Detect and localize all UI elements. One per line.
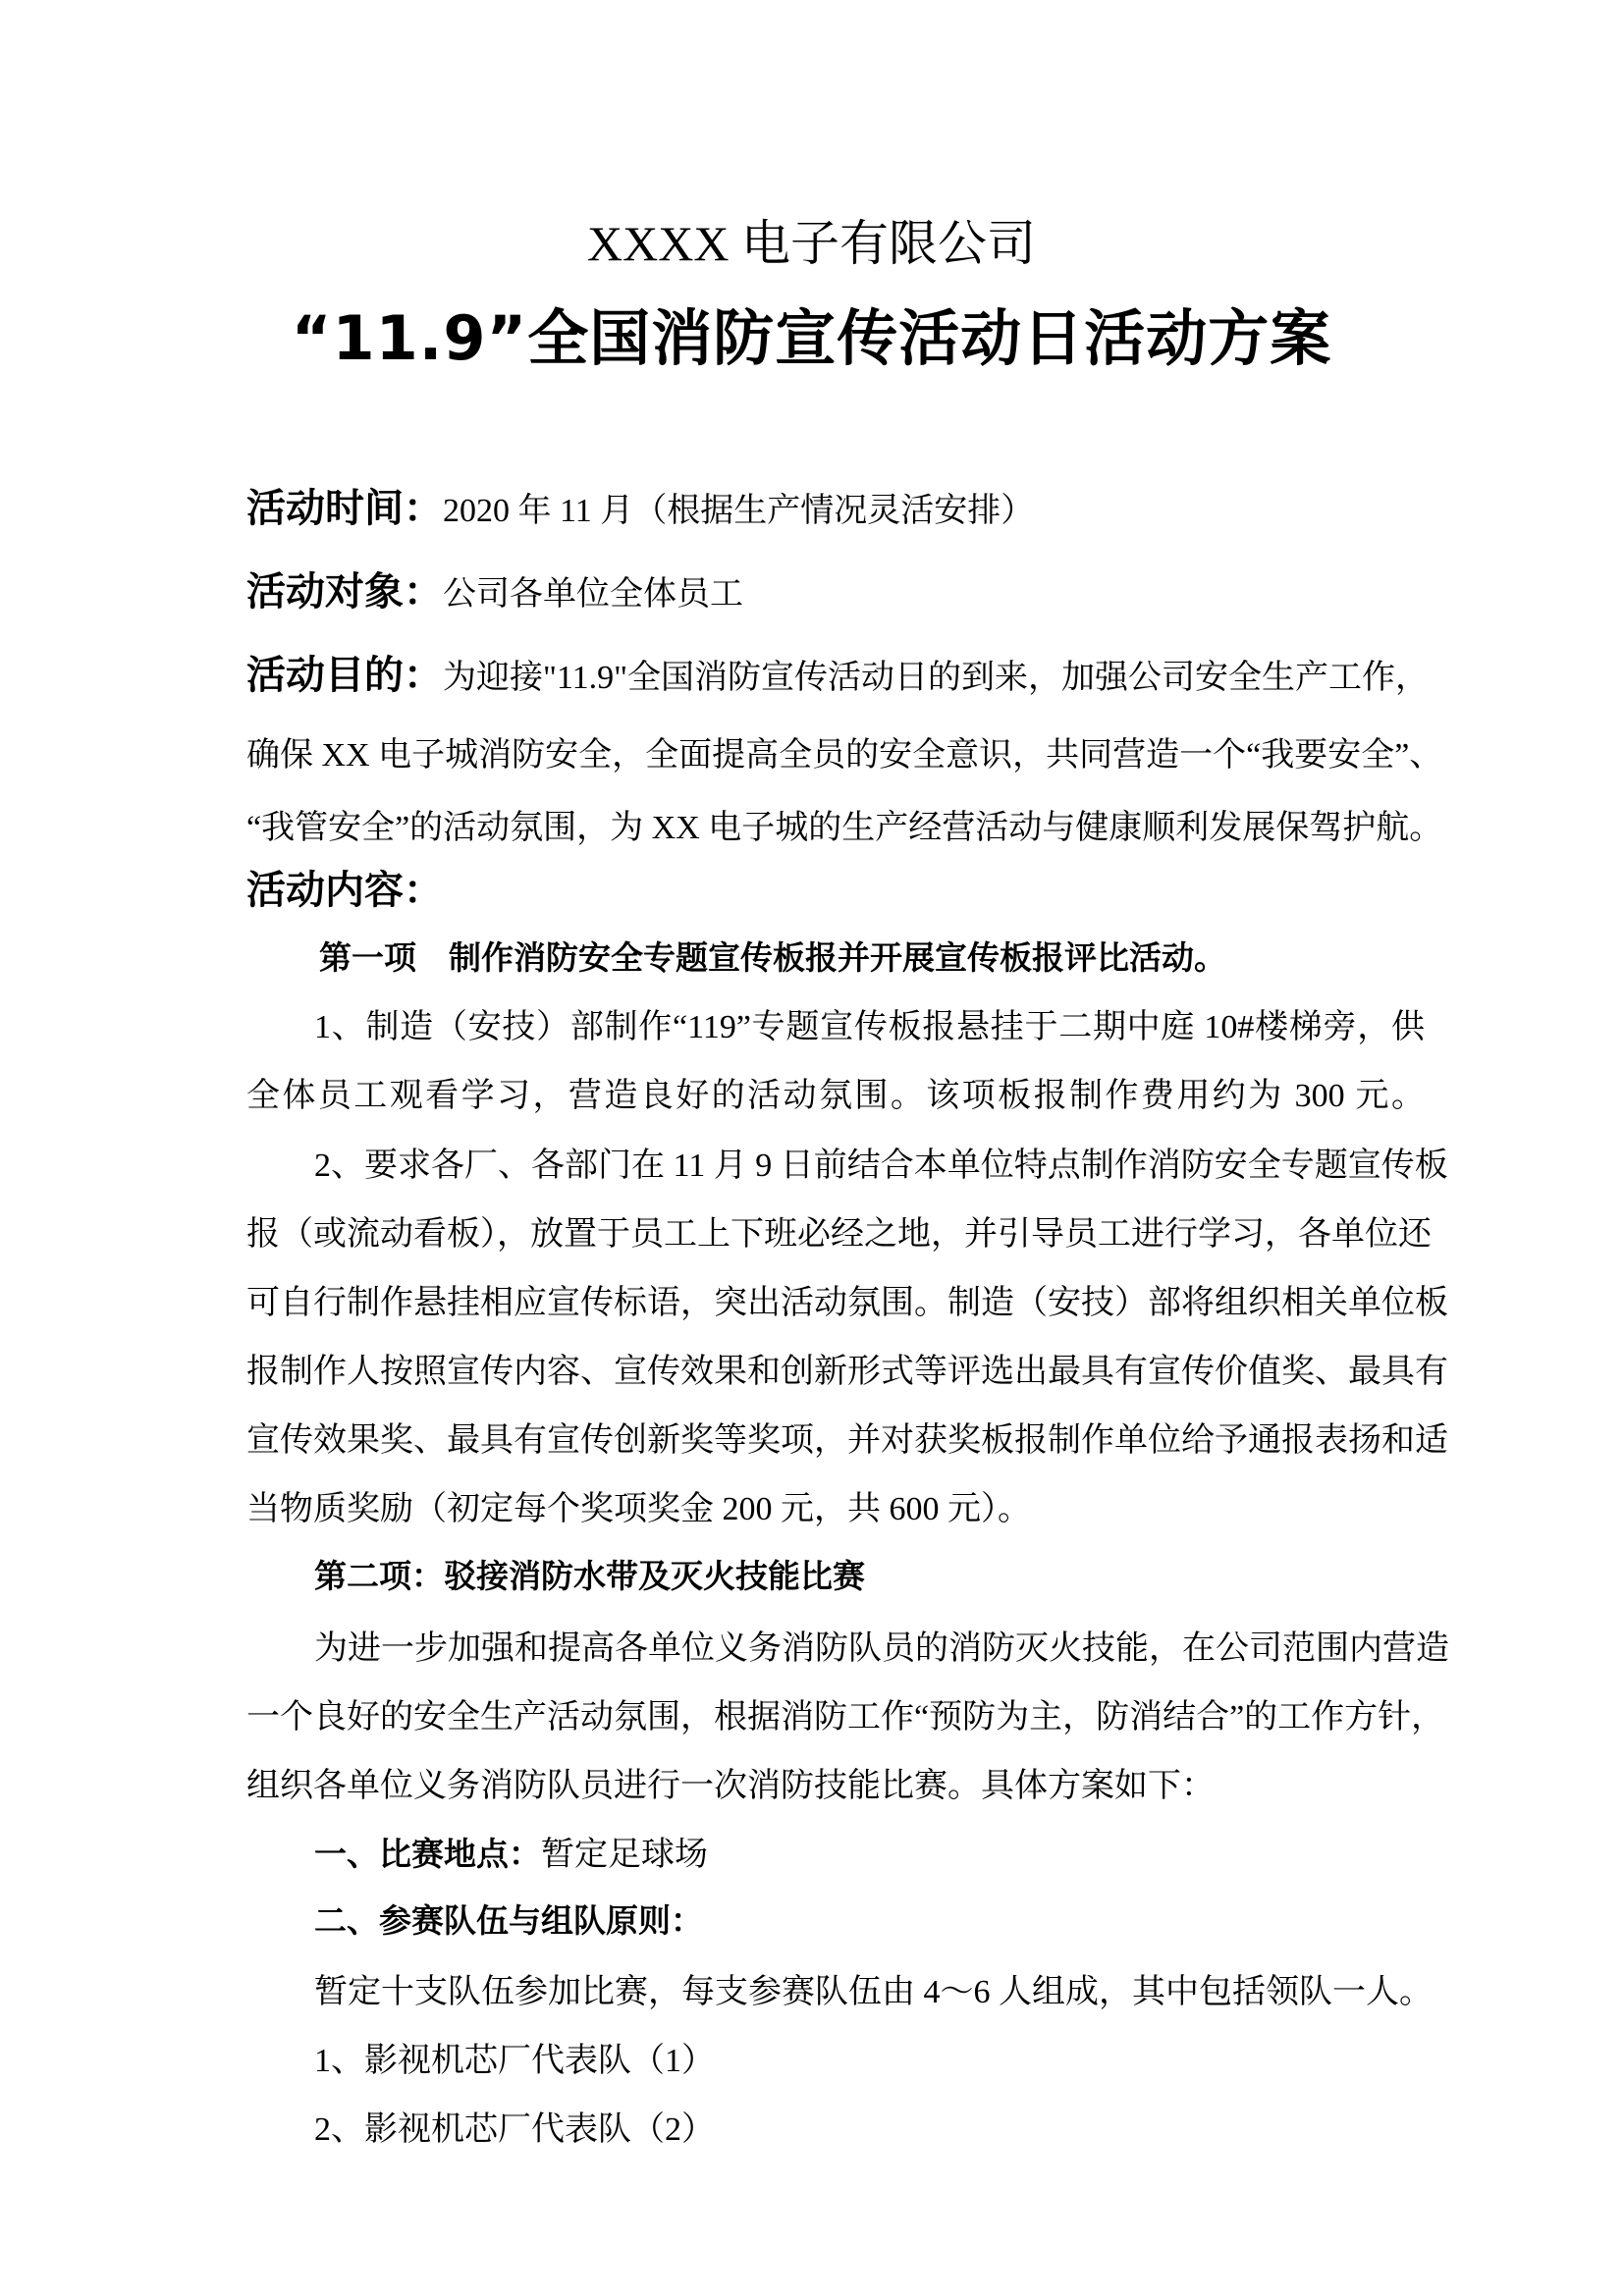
activity-target-value: 公司各单位全体员工 [443, 576, 743, 613]
section1-item2-line-5: 宣传效果奖、最具有宣传创新奖等奖项，并对获奖板报制作单位给予通报表扬和适 [246, 1413, 1425, 1461]
section1-item2-line-3: 可自行制作悬挂相应宣传标语，突出活动氛围。制造（安技）部将组织相关单位板 [246, 1275, 1425, 1323]
activity-purpose-line-2: 确保 XX 电子城消防安全，全面提高全员的安全意识，共同营造一个“我要安全”、 [246, 727, 1425, 775]
teams-label: 二、参赛队伍与组队原则： [314, 1896, 703, 1942]
activity-time-value: 2020 年 11 月（根据生产情况灵活安排） [443, 493, 1034, 529]
document-title: “11.9”全国消防宣传活动日活动方案 [0, 290, 1623, 377]
section1-item2-line-6: 当物质奖励（初定每个奖项奖金 200 元，共 600 元）。 [246, 1481, 1031, 1529]
section1-item1-line-1: 1、制造（安技）部制作“119”专题宣传板报悬挂于二期中庭 10#楼梯旁，供 [314, 999, 1425, 1047]
section2-intro-line-1: 为进一步加强和提高各单位义务消防队员的消防灭火技能，在公司范围内营造 [314, 1621, 1425, 1669]
activity-content-heading: 活动内容： [246, 868, 443, 913]
section1-item2-line-4: 报制作人按照宣传内容、宣传效果和创新形式等评选出最具有宣传价值奖、最具有 [246, 1344, 1425, 1392]
activity-purpose-line-3: “我管安全”的活动氛围，为 XX 电子城的生产经营活动与健康顺利发展保驾护航。 [246, 800, 1425, 848]
team-item: 1、影视机芯厂代表队（1） [314, 2033, 715, 2081]
company-name: XXXX 电子有限公司 [0, 204, 1623, 275]
competition-venue: 一、比赛地点：暂定足球场 [314, 1827, 708, 1875]
section2-heading: 第二项：驳接消防水带及灭火技能比赛 [314, 1551, 865, 1597]
activity-content-label: 活动内容： [246, 859, 443, 915]
section1-heading: 第一项 制作消防安全专题宣传板报并开展宣传板报评比活动。 [319, 933, 1226, 979]
team-item: 2、影视机芯厂代表队（2） [314, 2102, 715, 2150]
activity-purpose-line-1: 活动目的：为迎接"11.9"全国消防宣传活动日的到来，加强公司安全生产工作， [246, 644, 1425, 700]
activity-target: 活动对象：公司各单位全体员工 [246, 561, 743, 616]
section1-item1-line-2: 全体员工观看学习，营造良好的活动氛围。该项板报制作费用约为 300 元。 [246, 1068, 1425, 1116]
venue-value: 暂定足球场 [541, 1837, 708, 1873]
activity-target-label: 活动对象： [246, 569, 443, 614]
purpose-text: 为迎接"11.9"全国消防宣传活动日的到来，加强公司安全生产工作， [443, 660, 1429, 696]
document-page: XXXX 电子有限公司 “11.9”全国消防宣传活动日活动方案 活动时间：202… [0, 0, 1623, 2296]
section2-intro-line-3: 组织各单位义务消防队员进行一次消防技能比赛。具体方案如下： [246, 1758, 1215, 1806]
activity-time-label: 活动时间： [246, 486, 443, 531]
teams-description: 暂定十支队伍参加比赛，每支参赛队伍由 4～6 人组成，其中包括领队一人。 [314, 1964, 1433, 2012]
venue-label: 一、比赛地点： [314, 1835, 541, 1873]
section2-intro-line-2: 一个良好的安全生产活动氛围，根据消防工作“预防为主，防消结合”的工作方针， [246, 1689, 1425, 1737]
activity-time: 活动时间：2020 年 11 月（根据生产情况灵活安排） [246, 477, 1034, 533]
activity-purpose-label: 活动目的： [246, 653, 443, 698]
section1-item2-line-2: 报（或流动看板），放置于员工上下班必经之地，并引导员工进行学习，各单位还 [246, 1206, 1425, 1255]
section1-item2-line-1: 2、要求各厂、各部门在 11 月 9 日前结合本单位特点制作消防安全专题宣传板 [314, 1138, 1425, 1186]
